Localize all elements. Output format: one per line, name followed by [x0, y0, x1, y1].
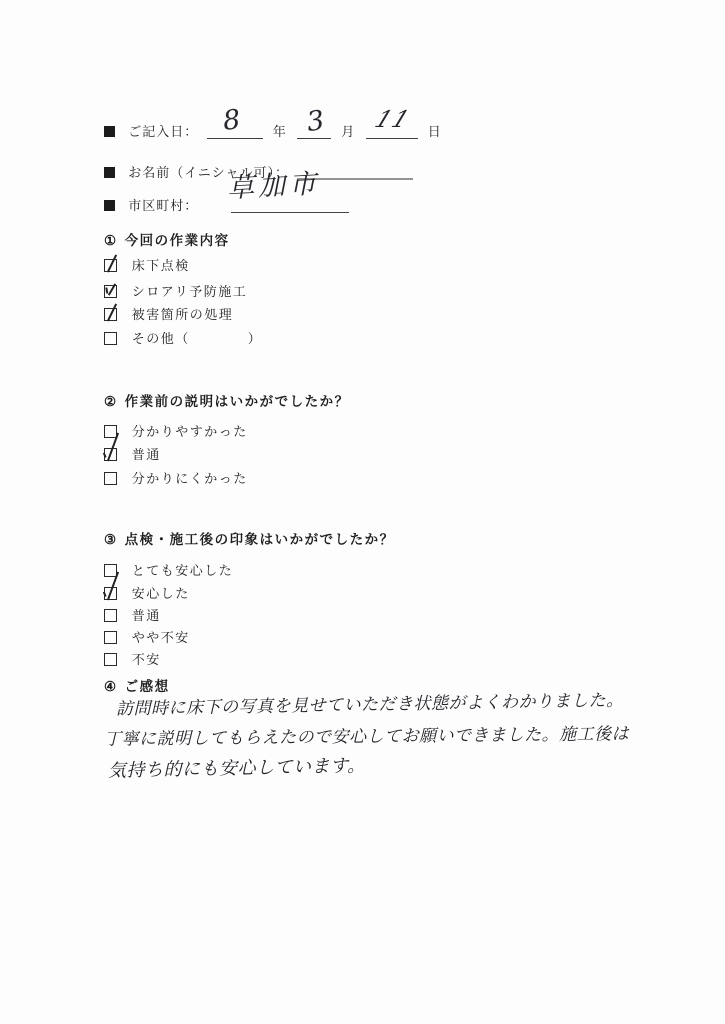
option-row: 分かりやすかった — [104, 421, 248, 440]
square-bullet-icon — [104, 200, 115, 211]
checkbox-normal-impression[interactable] — [104, 609, 117, 622]
handwritten-day: 11 — [371, 109, 414, 132]
checkbox-hard-to-understand[interactable] — [104, 472, 117, 485]
checkbox-relieved[interactable] — [104, 587, 117, 600]
section3-number: ③ — [104, 532, 118, 547]
option-label: 被害箇所の処理 — [132, 307, 234, 322]
date-month-field[interactable]: 3 — [297, 123, 331, 139]
section3-title: ③点検・施工後の印象はいかがでしたか？ — [104, 528, 395, 548]
checkbox-damage-treatment[interactable] — [104, 308, 117, 321]
option-row: とても安心した — [104, 560, 233, 579]
option-label: 分かりやすかった — [132, 424, 248, 439]
checkmark-icon — [107, 304, 117, 322]
option-row: 床下点検 — [104, 255, 190, 274]
section4-title: ④ご感想 — [104, 675, 170, 695]
field-row-date: ご記入日： 8 年 3 月 11 日 — [104, 121, 442, 140]
handwritten-comment-line: 気持ち的にも安心しています。 — [108, 751, 366, 782]
option-row: 普通 — [104, 444, 161, 463]
option-row: 不安 — [104, 649, 161, 668]
square-bullet-icon — [104, 126, 115, 137]
day-unit-label: 日 — [428, 124, 442, 139]
checkbox-normal-explanation[interactable] — [104, 448, 117, 461]
name-field-label: お名前（イニシャル可）： — [128, 165, 289, 180]
handwritten-year: 8 — [221, 106, 242, 135]
option-row: やや不安 — [104, 627, 190, 646]
city-field-label: 市区町村： — [128, 198, 198, 213]
section1-title: ①今回の作業内容 — [104, 229, 230, 249]
section4-number: ④ — [104, 679, 118, 694]
checkbox-underfloor-inspection[interactable] — [104, 259, 117, 272]
option-label: 分かりにくかった — [132, 471, 248, 486]
section1-number: ① — [104, 233, 118, 248]
year-unit-label: 年 — [273, 124, 287, 139]
city-field[interactable]: 草加市 — [231, 197, 349, 213]
option-label: 安心した — [132, 586, 190, 601]
option-label: やや不安 — [132, 630, 190, 645]
section2-number: ② — [104, 394, 118, 409]
handwritten-comment-line: 丁寧に説明してもらえたので安心してお願いできました。施工後は — [104, 719, 629, 749]
option-row: シロアリ予防施工 — [104, 281, 247, 300]
handwritten-comment-line: 訪問時に床下の写真を見せていただき状態がよくわかりました。 — [116, 686, 624, 720]
month-unit-label: 月 — [341, 124, 355, 139]
handwritten-month: 3 — [305, 107, 327, 136]
checkbox-slightly-anxious[interactable] — [104, 631, 117, 644]
field-row-name: お名前（イニシャル可）： — [104, 162, 413, 181]
checkbox-termite-prevention[interactable] — [104, 285, 117, 298]
option-label: 普通 — [132, 447, 161, 462]
option-row: 安心した — [104, 583, 190, 602]
option-label: 不安 — [132, 652, 161, 667]
checkbox-anxious[interactable] — [104, 653, 117, 666]
option-row: 普通 — [104, 605, 161, 624]
option-row: 被害箇所の処理 — [104, 304, 233, 323]
section2-title-text: 作業前の説明はいかがでしたか？ — [125, 394, 350, 409]
option-row: その他（ ） — [104, 328, 262, 347]
section4-title-text: ご感想 — [125, 679, 170, 694]
name-field[interactable] — [297, 163, 413, 180]
square-bullet-icon — [104, 167, 115, 178]
checkmark-icon — [107, 255, 117, 273]
section2-title: ②作業前の説明はいかがでしたか？ — [104, 390, 350, 410]
option-label: 床下点検 — [132, 258, 190, 273]
date-field-label: ご記入日： — [128, 124, 198, 139]
section3-title-text: 点検・施工後の印象はいかがでしたか？ — [125, 532, 395, 547]
survey-form-page: ご記入日： 8 年 3 月 11 日 お名前（イニシャル可）： 市区町村： 草加… — [0, 0, 725, 1024]
checkmark-icon — [108, 283, 116, 295]
field-row-city: 市区町村： 草加市 — [104, 195, 349, 214]
option-label: とても安心した — [132, 563, 234, 578]
checkbox-other[interactable] — [104, 332, 117, 345]
section1-title-text: 今回の作業内容 — [125, 233, 230, 248]
date-day-field[interactable]: 11 — [366, 123, 418, 139]
date-year-field[interactable]: 8 — [207, 123, 263, 139]
option-label: その他（ ） — [132, 331, 263, 346]
option-label: 普通 — [132, 608, 161, 623]
option-row: 分かりにくかった — [104, 468, 248, 487]
option-label: シロアリ予防施工 — [132, 284, 247, 299]
